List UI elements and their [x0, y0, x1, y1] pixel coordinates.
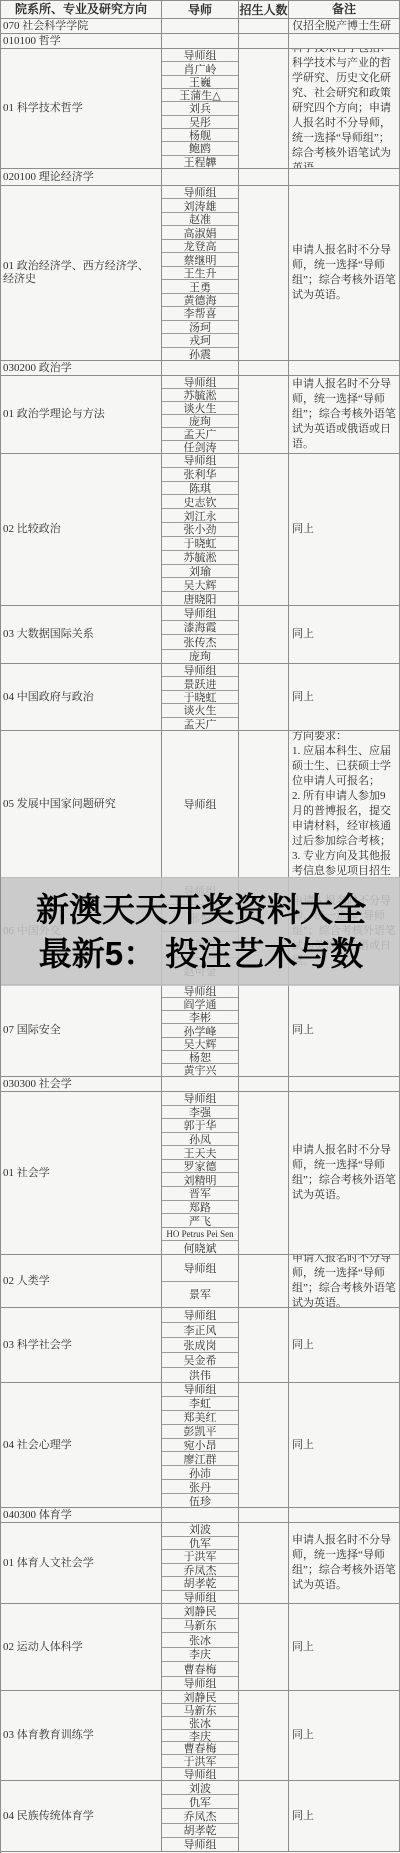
advisor-name: 导师组: [162, 186, 238, 199]
advisor-name: 吴金希: [162, 1353, 238, 1368]
advisor-name: 李帮喜: [162, 307, 238, 320]
advisor-name: 汤珂: [162, 321, 238, 334]
advisor-name: 严飞: [162, 1214, 238, 1228]
advisor-list: [162, 34, 239, 48]
advisor-name: 王程韡: [162, 156, 238, 168]
advisor-name: 何晓斌: [162, 1241, 238, 1254]
program-row: 03 体育教育训练学刘静民马新东张冰李庆曹春梅于洪军导师组同上: [1, 1691, 400, 1781]
remark-cell: 同上: [289, 1383, 400, 1507]
program-row: 04 社会心理学导师组李虹郑美红彭凯平宛小昂廖江群孙沛张丹伍珍同上: [1, 1383, 400, 1508]
advisor-name: 于洪军: [162, 1755, 238, 1768]
program-row: 02 人类学导师组景军申请人报名时不分导师，统一选择“导师组”；综合考核外语笔试…: [1, 1255, 400, 1308]
header-col-remark: 备注: [289, 1, 400, 18]
advisor-list: 导师组阎学通李彬孙学峰吴大辉杨恕黄宇兴: [162, 985, 239, 1076]
advisor-name: 孙学峰: [162, 1024, 238, 1037]
enrollment-cell: [239, 1077, 289, 1091]
program-label: 02 运动人体科学: [1, 1604, 162, 1690]
advisor-name: HO Petrus Pei Sen: [162, 1228, 238, 1242]
advisor-name: 杨舰: [162, 129, 238, 142]
enrollment-cell: [239, 34, 289, 48]
advisor-name: 黄宇兴: [162, 1064, 238, 1076]
program-row: 01 社会学导师组李强郭于华孙凤王天夫罗家德刘精明晋军郑路严飞HO Petrus…: [1, 1092, 400, 1255]
advisor-name: 廖江群: [162, 1452, 238, 1466]
advisor-name: 罗家德: [162, 1160, 238, 1174]
advisor-name: 李庆: [162, 1730, 238, 1743]
advisor-name: 吴大辉: [162, 1038, 238, 1051]
enrollment-cell: [239, 1523, 289, 1603]
advisor-name: 马新东: [162, 1704, 238, 1717]
advisor-name: 导师组: [162, 1383, 238, 1397]
advisor-name: 宛小昂: [162, 1439, 238, 1453]
advisor-name: 庞珣: [162, 650, 238, 664]
remark-cell: [289, 1077, 400, 1091]
advisor-name: 王巍: [162, 76, 238, 89]
enrollment-cell: [239, 1308, 289, 1382]
advisor-name: 马新东: [162, 1619, 238, 1634]
program-label: 04 社会心理学: [1, 1383, 162, 1507]
advisor-list: [162, 1077, 239, 1091]
advisor-name: 鲍鸥: [162, 142, 238, 155]
advisor-name: 吴大辉: [162, 578, 238, 592]
advisor-name: 刘精明: [162, 1173, 238, 1187]
advisor-name: 张利华: [162, 468, 238, 482]
remark-cell: 发展中国家问题研究方向要求： 1. 应届本科生、应届硕士生、已获硕士学位申请人可…: [289, 731, 400, 877]
advisor-list: 导师组漆海霞张传杰庞珣: [162, 606, 239, 663]
advisor-name: 刘波: [162, 1523, 238, 1537]
section-row: 040300 体育学: [1, 1508, 400, 1523]
advisor-name: 导师组: [162, 1255, 238, 1282]
advisor-name: 刘静民: [162, 1604, 238, 1619]
program-label: 03 科学社会学: [1, 1308, 162, 1382]
advisor-name: 张冰: [162, 1717, 238, 1730]
remark-cell: 同上: [289, 1781, 400, 1851]
advisor-name: 蔡继明: [162, 253, 238, 266]
advisor-name: 吴彤: [162, 116, 238, 129]
advisor-list: 导师组肖广岭王巍王蒲生△刘兵吴彤杨舰鲍鸥王程韡: [162, 49, 239, 168]
advisor-name: 导师组: [162, 1838, 238, 1851]
program-row: 01 科学技术哲学导师组肖广岭王巍王蒲生△刘兵吴彤杨舰鲍鸥王程韡科学技术哲学包括…: [1, 49, 400, 169]
advisor-name: 郑路: [162, 1201, 238, 1215]
advisor-name: 于洪军: [162, 1550, 238, 1564]
advisor-list: 导师组: [162, 731, 239, 877]
advisor-name: 唐晓阳: [162, 592, 238, 605]
program-label: 01 政治学理论与方法: [1, 376, 162, 453]
advisor-name: 于晓虹: [162, 537, 238, 551]
advisor-name: 胡孝乾: [162, 1824, 238, 1838]
advisor-list: [162, 19, 239, 33]
advisor-name: 刘波: [162, 1781, 238, 1795]
program-row: 07 国际安全导师组阎学通李彬孙学峰吴大辉杨恕黄宇兴同上: [1, 985, 400, 1077]
section-row: 030200 政治学: [1, 361, 400, 376]
advisor-name: 洪伟: [162, 1368, 238, 1382]
advisor-name: 孙沛: [162, 1466, 238, 1480]
program-label: 04 民族传统体育学: [1, 1781, 162, 1851]
section-label: 040300 体育学: [1, 1508, 162, 1522]
program-row: 03 科学社会学导师组李正风张成岗吴金希洪伟同上: [1, 1308, 400, 1383]
remark-cell: 同上: [289, 606, 400, 663]
advisor-name: 孙凤: [162, 1133, 238, 1147]
advisor-name: 刘江永: [162, 509, 238, 523]
advisor-name: 仇军: [162, 1537, 238, 1551]
advisor-name: 王勇: [162, 280, 238, 293]
advisor-name: 导师组: [162, 606, 238, 621]
program-row: 04 民族传统体育学刘波仇军乔凤杰胡孝乾导师组同上: [1, 1781, 400, 1852]
header-col-program: 院系所、专业及研究方向: [1, 1, 162, 18]
advisor-list: 导师组李正风张成岗吴金希洪伟: [162, 1308, 239, 1382]
enrollment-cell: [239, 169, 289, 185]
advisor-name: 李虹: [162, 1397, 238, 1411]
advisor-name: 伍珍: [162, 1494, 238, 1507]
program-row: 03 大数据国际关系导师组漆海霞张传杰庞珣同上: [1, 606, 400, 664]
advisor-name: 导师组: [162, 376, 238, 389]
advisor-name: 导师组: [162, 1768, 238, 1780]
advisor-name: 导师组: [162, 49, 238, 62]
advisor-list: 刘波仇军于洪军乔凤杰胡孝乾导师组: [162, 1523, 239, 1603]
enrollment-cell: [239, 1383, 289, 1507]
enrollment-cell: [239, 361, 289, 375]
banner-line-2: 最新5： 投注艺术与数: [39, 932, 364, 976]
advisor-name: 苏毓淞: [162, 551, 238, 565]
program-label: 02 比较政治: [1, 454, 162, 605]
enrollment-cell: [239, 49, 289, 168]
remark-cell: [289, 361, 400, 375]
advisor-name: 王生升: [162, 267, 238, 280]
remark-cell: 科学技术哲学包括：科学技术与产业的哲学研究、历史文化研究、社会研究和政策研究四个…: [289, 49, 400, 168]
advisor-name: 导师组: [162, 1677, 238, 1691]
remark-cell: 同上: [289, 454, 400, 605]
enrollment-cell: [239, 664, 289, 730]
program-label: 04 中国政府与政治: [1, 664, 162, 730]
program-label: 02 人类学: [1, 1255, 162, 1307]
advisor-list: 导师组刘涛雄赵准高淑娟龙登高蔡继明王生升王勇黄德海李帮喜汤珂戎珂孙震: [162, 186, 239, 360]
advisor-name: 于晓虹: [162, 691, 238, 704]
enrollment-cell: [239, 1092, 289, 1254]
advisor-name: 胡孝乾: [162, 1577, 238, 1591]
section-row: 070 社会科学学院仅招全脱产博士生研: [1, 19, 400, 34]
section-label: 020100 理论经济学: [1, 169, 162, 185]
program-label: 01 科学技术哲学: [1, 49, 162, 168]
program-row: 02 运动人体科学刘静民马新东张冰李庆曹春梅导师组同上: [1, 1604, 400, 1691]
remark-cell: 申请人报名时不分导师，统一选择“导师组”；综合考核外语笔试为英语。: [289, 1092, 400, 1254]
advisor-name: 导师组: [162, 1092, 238, 1106]
program-row: 01 体育人文社会学刘波仇军于洪军乔凤杰胡孝乾导师组申请人报名时不分导师，统一选…: [1, 1523, 400, 1604]
advisor-name: 张成岗: [162, 1338, 238, 1353]
advisor-name: 刘兵: [162, 102, 238, 115]
advisor-name: 景军: [162, 1282, 238, 1308]
advisor-name: 孟天广: [162, 428, 238, 441]
advisor-name: 曹春梅: [162, 1742, 238, 1755]
section-label: 030300 社会学: [1, 1077, 162, 1091]
advisor-list: 刘波仇军乔凤杰胡孝乾导师组: [162, 1781, 239, 1851]
program-row: 04 中国政府与政治导师组景跃进于晓虹谈火生孟天广同上: [1, 664, 400, 731]
enrollment-cell: [239, 1255, 289, 1307]
program-label: 05 发展中国家问题研究: [1, 731, 162, 877]
advisor-name: 郭于华: [162, 1119, 238, 1133]
advisor-name: 导师组: [162, 664, 238, 677]
advisor-list: 导师组苏毓淞谈火生庞珣孟天广任剑涛: [162, 376, 239, 453]
program-row: 01 政治经济学、西方经济学、经济史导师组刘涛雄赵准高淑娟龙登高蔡继明王生升王勇…: [1, 186, 400, 361]
enrollment-cell: [239, 1604, 289, 1690]
advisor-name: 导师组: [162, 1308, 238, 1323]
advisor-name: 庞珣: [162, 415, 238, 428]
advisor-name: 景跃进: [162, 677, 238, 690]
advisor-name: 刘瑜: [162, 565, 238, 579]
enrollment-cell: [239, 731, 289, 877]
program-label: 03 大数据国际关系: [1, 606, 162, 663]
advisor-list: [162, 1508, 239, 1522]
advisor-name: 任剑涛: [162, 441, 238, 453]
enrollment-cell: [239, 1781, 289, 1851]
section-label: 030200 政治学: [1, 361, 162, 375]
section-row: 030300 社会学: [1, 1077, 400, 1092]
remark-cell: 申请人报名时不分导师，统一选择“导师组”；综合考核外语笔试为英语。: [289, 186, 400, 360]
enrollment-cell: [239, 376, 289, 453]
remark-cell: 同上: [289, 985, 400, 1076]
advisor-list: 刘静民马新东张冰李庆曹春梅导师组: [162, 1604, 239, 1690]
advisor-list: [162, 169, 239, 185]
advisor-name: 刘静民: [162, 1691, 238, 1704]
advisor-list: 导师组景跃进于晓虹谈火生孟天广: [162, 664, 239, 730]
advisor-name: 龙登高: [162, 240, 238, 253]
enrollment-cell: [239, 1691, 289, 1780]
section-row: 010100 哲学: [1, 34, 400, 49]
admissions-table-page: 院系所、专业及研究方向 导师 招生人数 备注 070 社会科学学院仅招全脱产博士…: [0, 0, 400, 1853]
program-row: 01 政治学理论与方法导师组苏毓淞谈火生庞珣孟天广任剑涛申请人报名时不分导师，统…: [1, 376, 400, 454]
section-row: 020100 理论经济学: [1, 169, 400, 186]
header-col-advisor: 导师: [162, 1, 239, 18]
program-label: 07 国际安全: [1, 985, 162, 1076]
enrollment-cell: [239, 606, 289, 663]
enrollment-cell: [239, 19, 289, 33]
enrollment-cell: [239, 1508, 289, 1522]
advisor-name: 谈火生: [162, 704, 238, 717]
advisor-name: 乔凤杰: [162, 1564, 238, 1578]
section-label: 010100 哲学: [1, 34, 162, 48]
header-col-enrollment: 招生人数: [239, 1, 289, 18]
advisor-list: 导师组李虹郑美红彭凯平宛小昂廖江群孙沛张丹伍珍: [162, 1383, 239, 1507]
remark-cell: 申请人报名时不分导师，统一选择“导师组”；综合考核外语笔试为英语。: [289, 1255, 400, 1307]
advisor-name: 仇军: [162, 1795, 238, 1809]
banner-line-1: 新澳天天开奖资料大全: [36, 888, 366, 932]
program-label: 03 体育教育训练学: [1, 1691, 162, 1780]
enrollment-cell: [239, 985, 289, 1076]
remark-cell: 同上: [289, 664, 400, 730]
program-row: 02 比较政治导师组张利华陈琪史志钦刘江永张小劲于晓虹苏毓淞刘瑜吴大辉唐晓阳同上: [1, 454, 400, 606]
remark-cell: 申请人报名时不分导师，统一选择“导师组”；综合考核外语笔试为英语。: [289, 1523, 400, 1603]
advisor-name: 阎学通: [162, 998, 238, 1011]
advisor-name: 刘涛雄: [162, 199, 238, 212]
program-row: 05 发展中国家问题研究导师组发展中国家问题研究方向要求： 1. 应届本科生、应…: [1, 731, 400, 878]
remark-cell: 同上: [289, 1604, 400, 1690]
advisor-name: 曹春梅: [162, 1662, 238, 1677]
advisor-name: 乔凤杰: [162, 1809, 238, 1823]
advisor-name: 郑美红: [162, 1411, 238, 1425]
advisor-list: 导师组李强郭于华孙凤王天夫罗家德刘精明晋军郑路严飞HO Petrus Pei S…: [162, 1092, 239, 1254]
advisor-name: 导师组: [162, 985, 238, 998]
advisor-name: 陈琪: [162, 482, 238, 496]
advisor-name: 晋军: [162, 1187, 238, 1201]
remark-cell: 仅招全脱产博士生研: [289, 19, 400, 33]
advisor-list: [162, 361, 239, 375]
advisor-list: 刘静民马新东张冰李庆曹春梅于洪军导师组: [162, 1691, 239, 1780]
remark-cell: [289, 169, 400, 185]
advisor-list: 导师组张利华陈琪史志钦刘江永张小劲于晓虹苏毓淞刘瑜吴大辉唐晓阳: [162, 454, 239, 605]
advisor-name: 赵准: [162, 213, 238, 226]
advisor-name: 杨恕: [162, 1051, 238, 1064]
advisor-name: 孙震: [162, 348, 238, 360]
advisor-list: 导师组景军: [162, 1255, 239, 1307]
advisor-name: 李彬: [162, 1011, 238, 1024]
advisor-name: 史志钦: [162, 495, 238, 509]
advisor-name: 张小劲: [162, 523, 238, 537]
advisor-name: 张传杰: [162, 635, 238, 650]
advisor-name: 黄德海: [162, 294, 238, 307]
remark-cell: [289, 34, 400, 48]
advisor-name: 苏毓淞: [162, 389, 238, 402]
advisor-name: 导师组: [162, 454, 238, 468]
remark-cell: 同上: [289, 1308, 400, 1382]
spam-overlay-banner: 新澳天天开奖资料大全 最新5： 投注艺术与数: [1, 877, 400, 986]
advisor-name: 李庆: [162, 1648, 238, 1663]
table-header-row: 院系所、专业及研究方向 导师 招生人数 备注: [1, 1, 400, 19]
section-label: 070 社会科学学院: [1, 19, 162, 33]
advisor-name: 导师组: [162, 1591, 238, 1604]
advisor-name: 王蒲生△: [162, 89, 238, 102]
program-label: 01 体育人文社会学: [1, 1523, 162, 1603]
advisor-name: 导师组: [162, 731, 238, 877]
remark-cell: [289, 1508, 400, 1522]
advisor-name: 高淑娟: [162, 226, 238, 239]
advisor-name: 张冰: [162, 1633, 238, 1648]
advisor-name: 谈火生: [162, 402, 238, 415]
advisor-name: 彭凯平: [162, 1425, 238, 1439]
program-label: 01 政治经济学、西方经济学、经济史: [1, 186, 162, 360]
advisor-name: 肖广岭: [162, 62, 238, 75]
advisor-name: 王天夫: [162, 1146, 238, 1160]
advisor-name: 李正风: [162, 1323, 238, 1338]
remark-cell: 同上: [289, 1691, 400, 1780]
advisor-name: 戎珂: [162, 334, 238, 347]
advisor-name: 张丹: [162, 1480, 238, 1494]
program-label: 01 社会学: [1, 1092, 162, 1254]
remark-cell: 申请人报名时不分导师，统一选择“导师组”；综合考核外语笔试为英语或俄语或日语。: [289, 376, 400, 453]
advisor-name: 漆海霞: [162, 621, 238, 636]
enrollment-cell: [239, 454, 289, 605]
advisor-name: 李强: [162, 1106, 238, 1120]
enrollment-cell: [239, 186, 289, 360]
advisor-name: 孟天广: [162, 718, 238, 730]
